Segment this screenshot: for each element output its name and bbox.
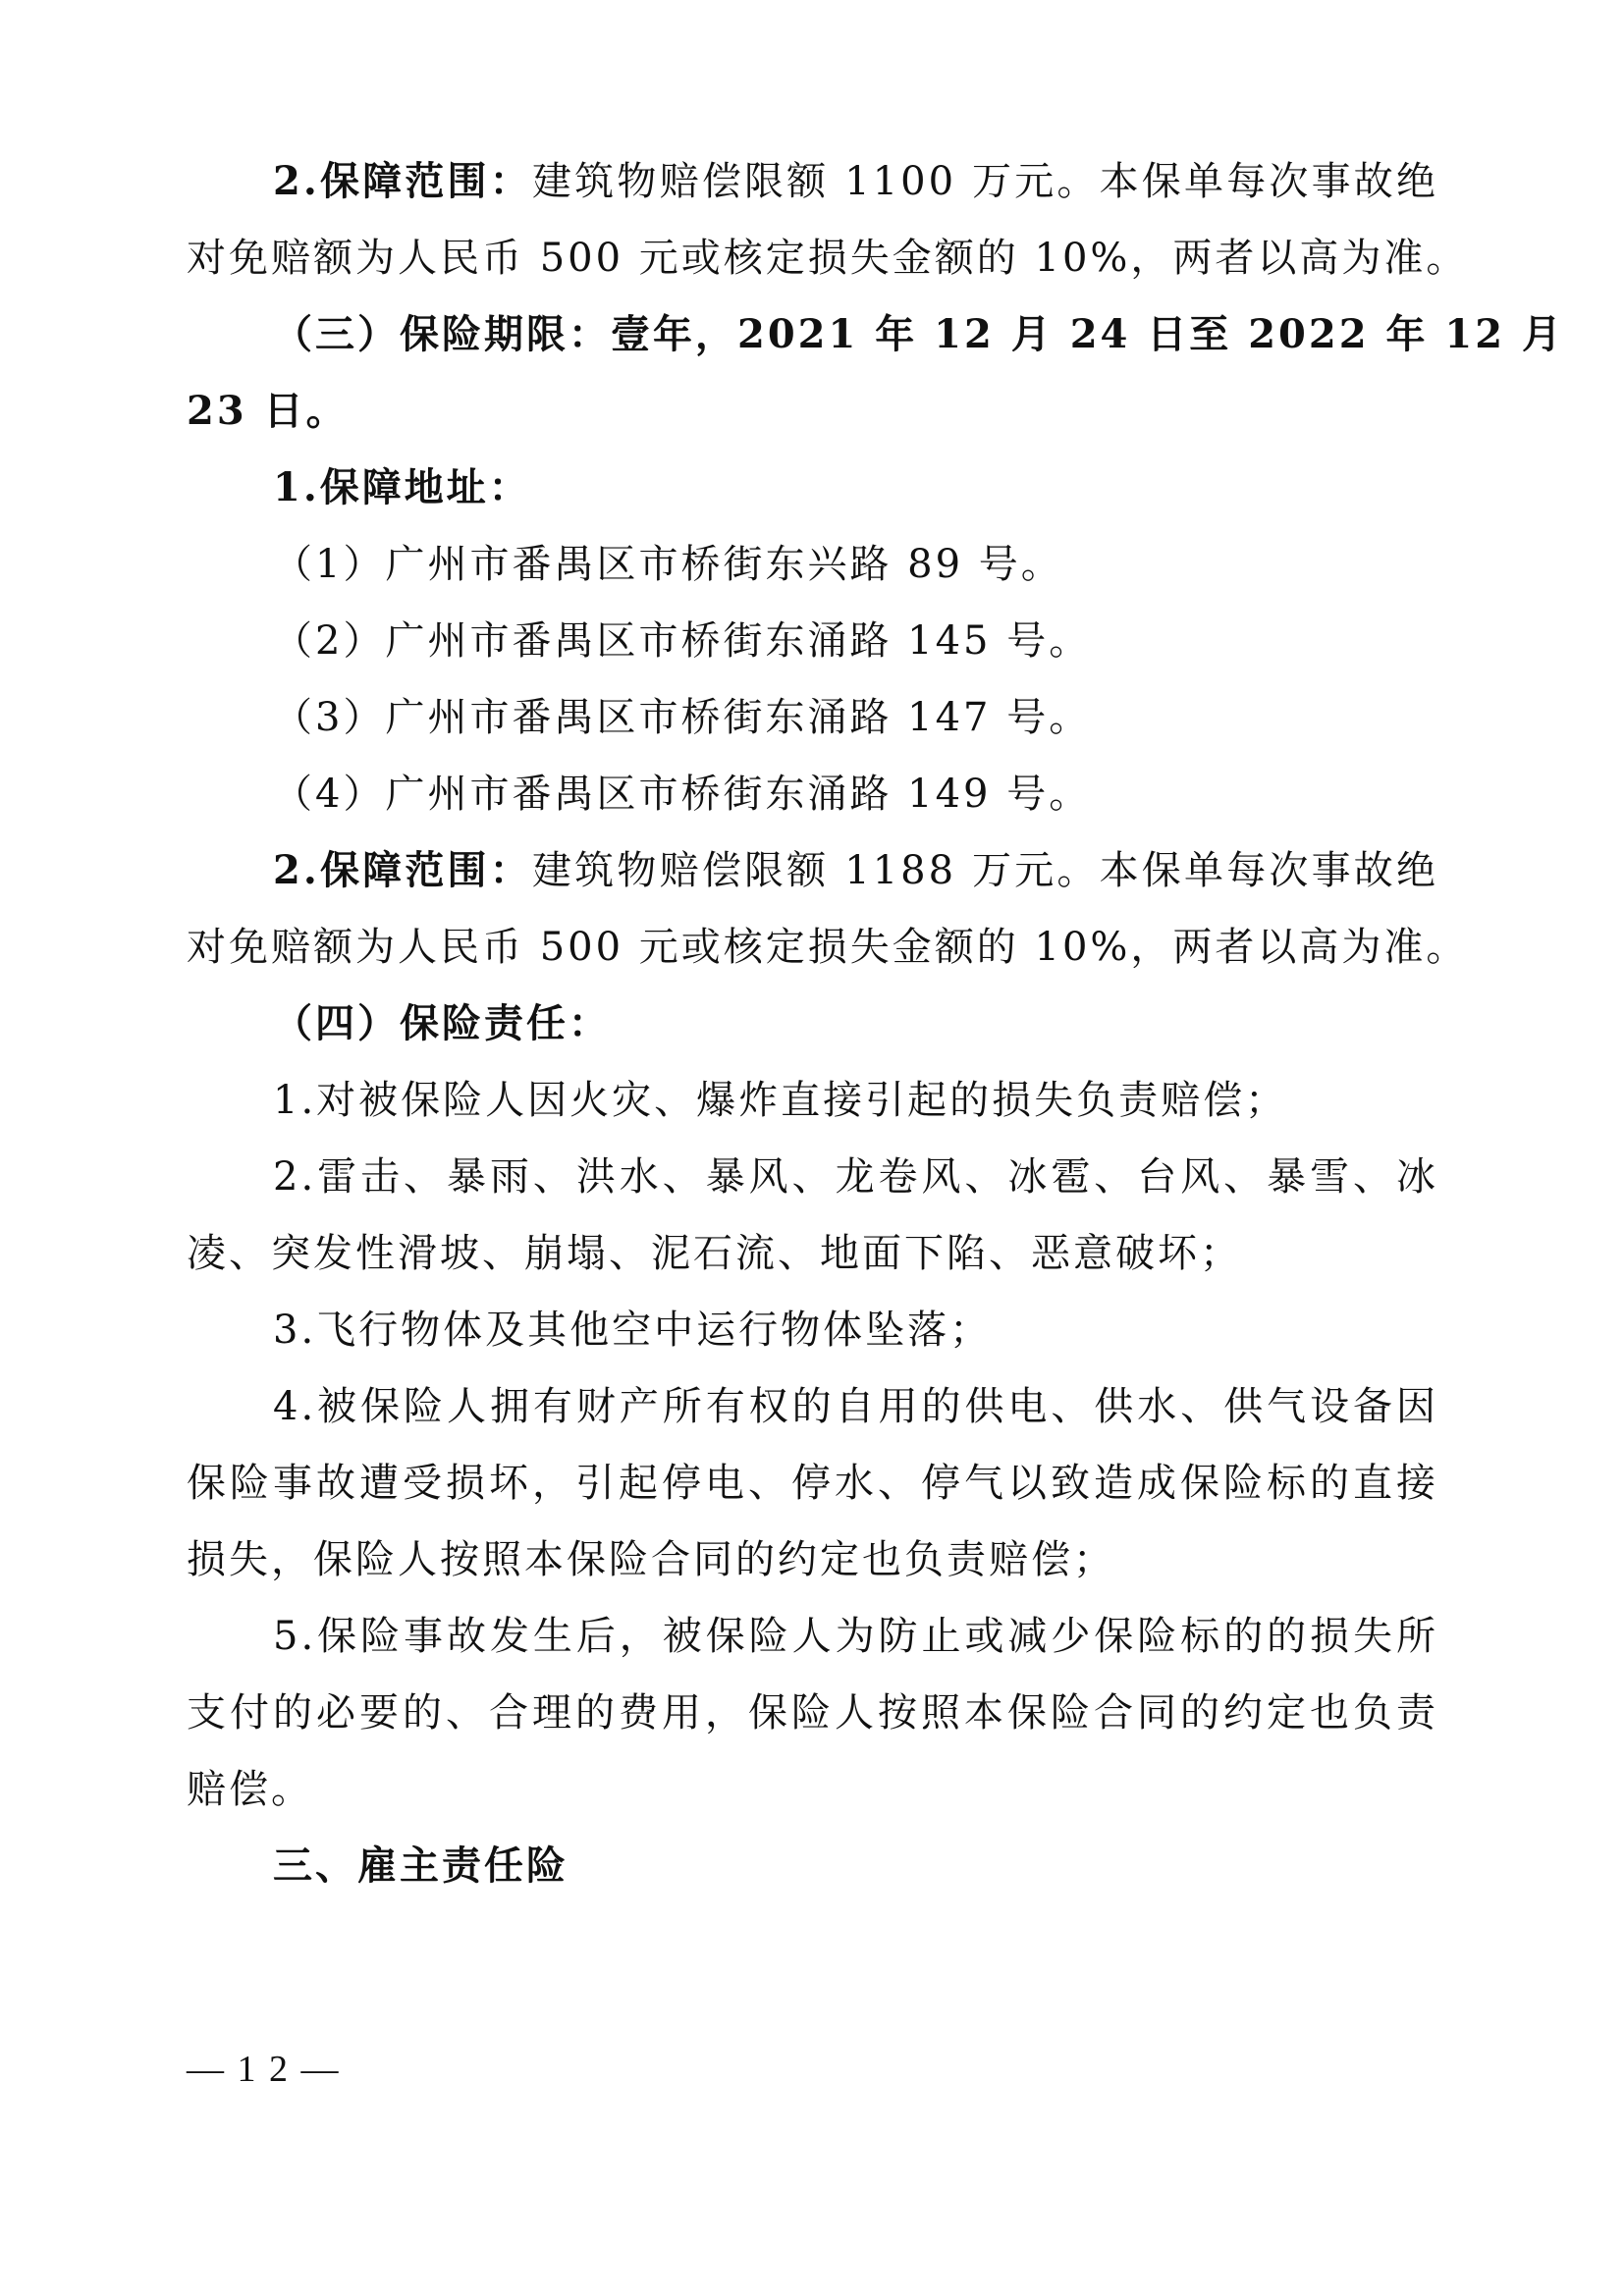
liability-item-1: 1.对被保险人因火灾、爆炸直接引起的损失负责赔偿； [273, 1076, 1525, 1125]
liability-item-5: 5.保险事故发生后，被保险人为防止或减少保险标的的损失所 [273, 1612, 1438, 1661]
insurance-period-continuation: 23 日。 [187, 387, 1438, 436]
paragraph-line: 对免赔额为人民币 500 元或核定损失金额的 10%，两者以高为准。 [187, 234, 1438, 283]
coverage-address-heading: 1.保障地址： [273, 463, 1525, 512]
liability-item-5-continuation: 支付的必要的、合理的费用，保险人按照本保险合同的约定也负责 [187, 1688, 1438, 1737]
address-item-2: （2）广州市番禺区市桥街东涌路 145 号。 [273, 616, 1525, 666]
insurance-period-heading: （三）保险期限：壹年，2021 年 12 月 24 日至 2022 年 12 月 [273, 310, 1438, 359]
liability-item-4-continuation: 保险事故遭受损坏，引起停电、停水、停气以致造成保险标的直接 [187, 1459, 1438, 1508]
coverage-scope-paragraph-1: 2.保障范围：建筑物赔偿限额 1100 万元。本保单每次事故绝 [273, 157, 1438, 206]
address-item-1: （1）广州市番禺区市桥街东兴路 89 号。 [273, 540, 1525, 589]
liability-item-4: 4.被保险人拥有财产所有权的自用的供电、供水、供气设备因 [273, 1382, 1438, 1431]
page-number: — 1 2 — [187, 2045, 341, 2094]
coverage-scope-text: 建筑物赔偿限额 1100 万元。本保单每次事故绝 [532, 159, 1438, 204]
address-item-4: （4）广州市番禺区市桥街东涌路 149 号。 [273, 770, 1525, 819]
liability-item-3: 3.飞行物体及其他空中运行物体坠落； [273, 1306, 1525, 1355]
liability-item-2-continuation: 凌、突发性滑坡、崩塌、泥石流、地面下陷、恶意破坏； [187, 1229, 1438, 1278]
liability-item-5-continuation: 赔偿。 [187, 1765, 1438, 1814]
coverage-scope-label: 2.保障范围： [273, 158, 532, 204]
liability-item-4-continuation: 损失，保险人按照本保险合同的约定也负责赔偿； [187, 1535, 1438, 1584]
liability-item-2: 2.雷击、暴雨、洪水、暴风、龙卷风、冰雹、台风、暴雪、冰 [273, 1152, 1438, 1201]
coverage-scope-paragraph-2: 2.保障范围：建筑物赔偿限额 1188 万元。本保单每次事故绝 [273, 846, 1438, 895]
paragraph-line: 对免赔额为人民币 500 元或核定损失金额的 10%，两者以高为准。 [187, 923, 1438, 972]
address-item-3: （3）广州市番禺区市桥街东涌路 147 号。 [273, 693, 1525, 742]
insurance-liability-heading: （四）保险责任： [273, 999, 1525, 1048]
coverage-scope-text: 建筑物赔偿限额 1188 万元。本保单每次事故绝 [532, 848, 1438, 893]
coverage-scope-label: 2.保障范围： [273, 847, 532, 893]
section-heading-employer-liability: 三、雇主责任险 [273, 1842, 1525, 1891]
